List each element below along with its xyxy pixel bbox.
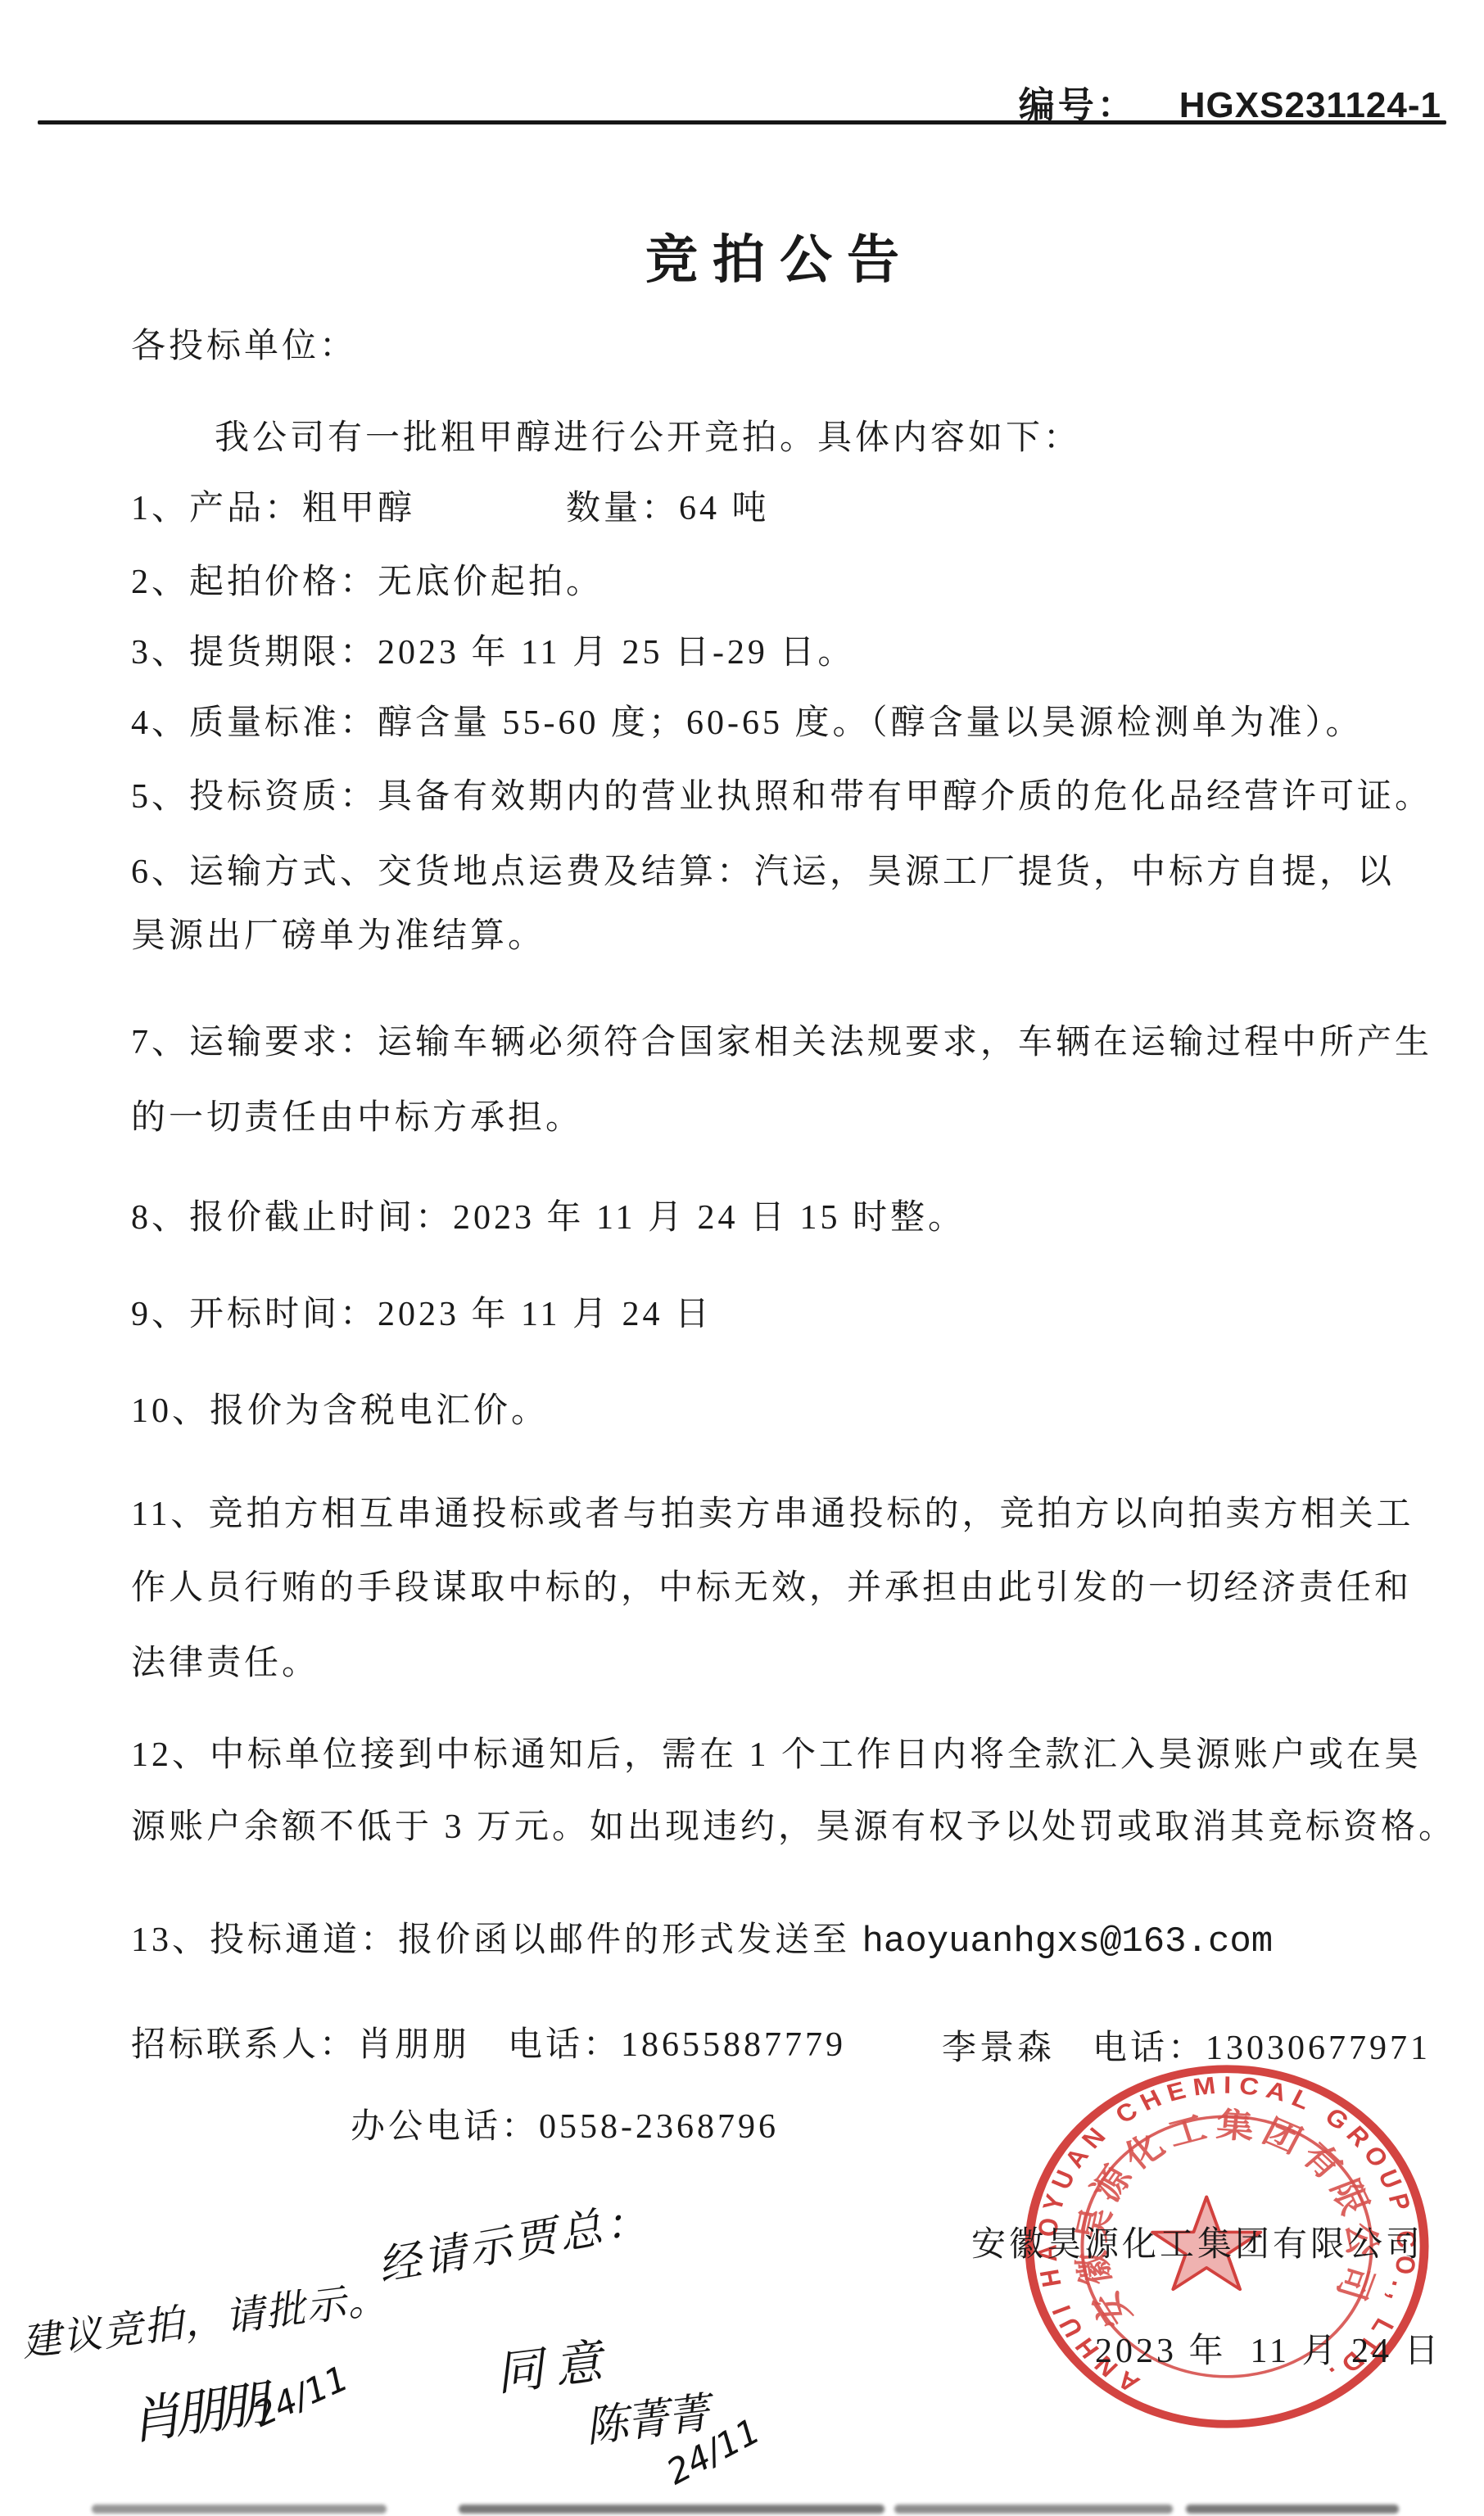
salutation-line: 各投标单位： — [131, 326, 357, 367]
body-line-item9: 9、开标时间：2023 年 11 月 24 日 — [131, 1294, 713, 1335]
bid-channel-text: 13、投标通道：报价函以邮件的形式发送至 — [131, 1921, 862, 1959]
body-line-item3: 3、提货期限：2023 年 11 月 25 日-29 日。 — [131, 632, 855, 673]
body-line-item7a: 7、运输要求：运输车辆必须符合国家相关法规要求，车辆在运输过程中所产生 — [131, 1022, 1432, 1063]
page-title: 竞拍公告 — [75, 218, 1484, 293]
company-name: 安徽昊源化工集团有限公司 — [971, 2224, 1423, 2265]
handwritten-note-approval-request: 经请示贾总： — [373, 2185, 654, 2293]
body-line-item10: 10、报价为含税电汇价。 — [131, 1391, 549, 1432]
body-line-item1: 1、产品：粗甲醇 数量：64 吨 — [131, 488, 770, 529]
seal-company-text: 安徽昊源化工集团有限公司 — [1071, 2106, 1382, 2333]
body-line-item11a: 11、竞拍方相互串通投标或者与拍卖方串通投标的，竞拍方以向拍卖方相关工 — [131, 1494, 1414, 1535]
scan-artifact — [459, 2505, 885, 2514]
seal-company-textpath: 安徽昊源化工集团有限公司 — [1071, 2106, 1382, 2333]
body-line-item6b: 昊源出厂磅单为准结算。 — [131, 916, 545, 957]
handwritten-date-1: 24/11 — [247, 2358, 355, 2435]
body-line-item4: 4、质量标准：醇含量 55-60 度；60-65 度。（醇含量以昊源检测单为准）… — [131, 703, 1363, 744]
doc-number-value: HGXS231124-1 — [1179, 85, 1441, 125]
body-line-item6a: 6、运输方式、交货地点运费及结算：汽运，昊源工厂提货，中标方自提，以 — [131, 852, 1395, 893]
scan-artifact — [92, 2505, 387, 2514]
body-line-item13: 13、投标通道：报价函以邮件的形式发送至 haoyuanhgxs@163.com — [131, 1920, 1273, 1962]
scan-artifact — [894, 2505, 1173, 2514]
handwritten-signature-xiao: 肖朋朋 — [124, 2363, 266, 2454]
contact-person-right: 李景森 电话：13030677971 — [942, 2028, 1431, 2069]
body-line-item12b: 源账户余额不低于 3 万元。如出现违约，昊源有权予以处罚或取消其竞标资格。 — [131, 1807, 1456, 1848]
body-line-item12a: 12、中标单位接到中标通知后，需在 1 个工作日内将全款汇入昊源账户或在昊 — [131, 1735, 1422, 1776]
scan-artifact — [1186, 2505, 1399, 2514]
handwritten-note-suggest: 建议竞拍，请批示。 — [18, 2266, 391, 2367]
body-line-item7b: 的一切责任由中标方承担。 — [131, 1097, 583, 1138]
contact-person-left: 招标联系人：肖朋朋 电话：18655887779 — [131, 2025, 846, 2066]
header-divider — [38, 120, 1446, 124]
body-line-item5: 5、投标资质：具备有效期内的营业执照和带有甲醇介质的危化品经营许可证。 — [131, 776, 1432, 817]
body-line-item8: 8、报价截止时间：2023 年 11 月 24 日 15 时整。 — [131, 1197, 966, 1238]
body-line-item2: 2、起拍价格：无底价起拍。 — [131, 562, 604, 603]
bid-email-text: haoyuanhgxs@163.com — [862, 1921, 1274, 1962]
doc-number-label: 编号： — [1019, 85, 1137, 125]
document-page: 编号：HGXS231124-1 竞拍公告 各投标单位： 我公司有一批粗甲醇进行公… — [0, 0, 1484, 2516]
body-line-item11c: 法律责任。 — [131, 1643, 319, 1684]
office-phone-line: 办公电话：0558-2368796 — [351, 2106, 779, 2147]
body-line-item11b: 作人员行贿的手段谋取中标的，中标无效，并承担由此引发的一切经济责任和 — [131, 1568, 1412, 1609]
issue-date: 2023 年 11 月 24 日 — [1095, 2331, 1441, 2372]
intro-line: 我公司有一批粗甲醇进行公开竞拍。具体内容如下： — [215, 418, 1081, 459]
